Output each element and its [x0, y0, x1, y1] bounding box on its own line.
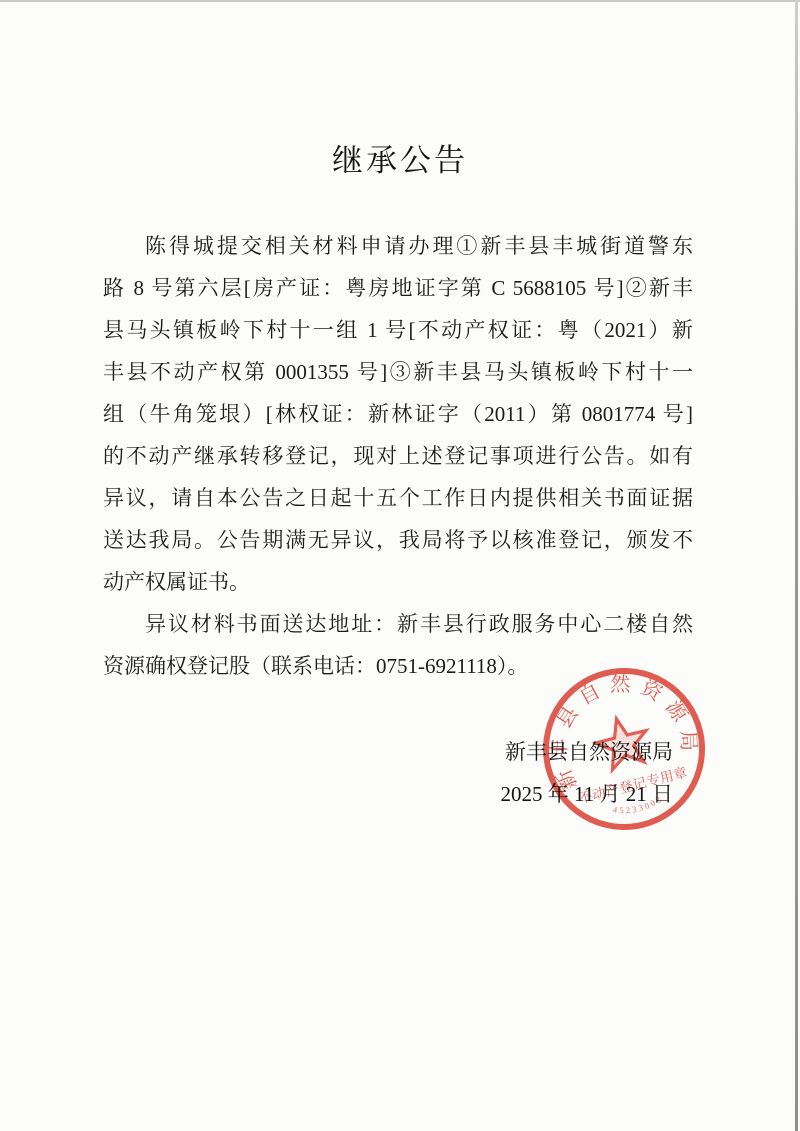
paragraph1-line: 的不动产继承转移登记，现对上述登记事项进行公告。如有 — [103, 435, 693, 477]
paragraph1-line: 丰县不动产权第 0001355 号]③新丰县马头镇板岭下村十一 — [103, 351, 693, 393]
paragraph1-line: 县马头镇板岭下村十一组 1 号[不动产权证：粤（2021）新 — [103, 309, 693, 351]
document-title: 继承公告 — [0, 144, 800, 178]
signature-issuer: 新丰县自然资源局 — [501, 731, 673, 773]
paragraph1-line: 陈得城提交相关材料申请办理①新丰县丰城街道警东 — [103, 225, 693, 267]
signature-date: 2025 年 11 月 21 日 — [501, 773, 673, 815]
paragraph2-line: 异议材料书面送达地址：新丰县行政服务中心二楼自然 — [103, 603, 693, 645]
paragraph1-line: 动产权属证书。 — [103, 561, 693, 603]
paragraph1-line: 组（牛角笼垠）[林权证：新林证字（2011）第 0801774 号] — [103, 393, 693, 435]
paragraph1-line: 异议，请自本公告之日起十五个工作日内提供相关书面证据 — [103, 477, 693, 519]
paragraph2-line: 资源确权登记股（联系电话：0751-6921118）。 — [103, 645, 693, 687]
signature-block: 新丰县自然资源局 2025 年 11 月 21 日 — [501, 731, 673, 815]
scan-edge-top — [0, 0, 800, 2]
document-body: 陈得城提交相关材料申请办理①新丰县丰城街道警东 路 8 号第六层[房产证：粤房地… — [103, 225, 693, 687]
scanned-document-page: 继承公告 陈得城提交相关材料申请办理①新丰县丰城街道警东 路 8 号第六层[房产… — [0, 0, 800, 1131]
paragraph1-line: 送达我局。公告期满无异议，我局将予以核准登记，颁发不 — [103, 519, 693, 561]
paragraph1-line: 路 8 号第六层[房产证：粤房地证字第 C 5688105 号]②新丰 — [103, 267, 693, 309]
